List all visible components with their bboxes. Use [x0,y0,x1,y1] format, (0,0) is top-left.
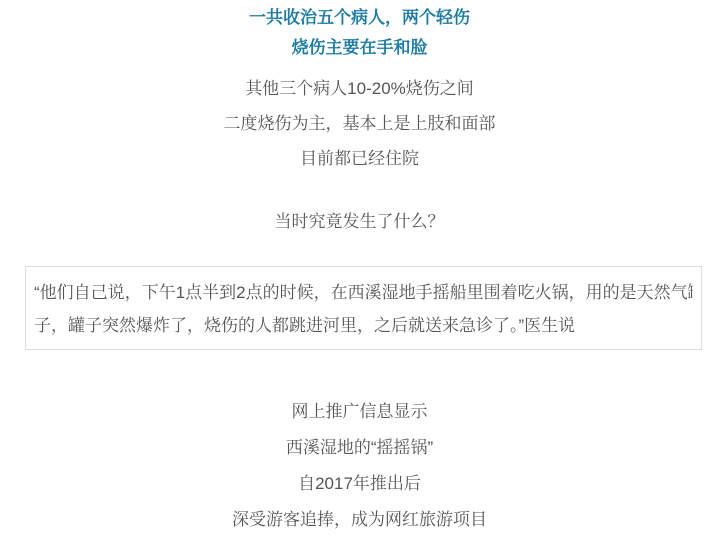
detail-line-3: 目前都已经住院 [0,150,719,167]
quote-text-line-1: “他们自己说，下午1点半到2点的时候，在西溪湿地手摇船里围着吃火锅，用的是天然气… [34,276,693,309]
headline-line-2: 烧伤主要在手和脸 [0,39,719,56]
detail-line-2: 二度烧伤为主，基本上是上肢和面部 [0,115,719,132]
quote-text-line-2: 子，罐子突然爆炸了，烧伤的人都跳进河里，之后就送来急诊了。”医生说 [34,309,693,342]
promo-line-4: 深受游客追捧，成为网红旅游项目 [0,511,719,528]
article-body: 一共收治五个病人，两个轻伤 烧伤主要在手和脸 其他三个病人10-20%烧伤之间 … [0,9,719,528]
headline-line-1: 一共收治五个病人，两个轻伤 [0,9,719,26]
promo-line-1: 网上推广信息显示 [0,403,719,420]
promo-line-2: 西溪湿地的“摇摇锅” [0,439,719,456]
quote-box: “他们自己说，下午1点半到2点的时候，在西溪湿地手摇船里围着吃火锅，用的是天然气… [25,266,702,350]
question-line: 当时究竟发生了什么？ [0,213,719,230]
detail-line-1: 其他三个病人10-20%烧伤之间 [0,80,719,97]
promo-line-3: 自2017年推出后 [0,475,719,492]
